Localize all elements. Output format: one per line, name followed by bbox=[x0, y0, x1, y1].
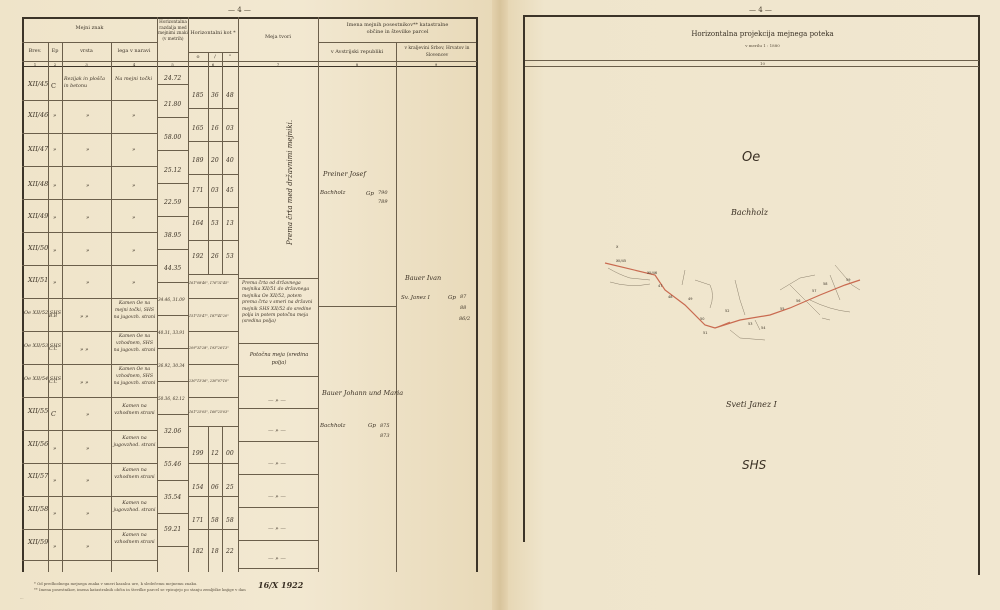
svg-text:50: 50 bbox=[700, 317, 704, 321]
svg-text:48: 48 bbox=[668, 295, 672, 299]
page-number-left: — 4 — bbox=[228, 6, 251, 14]
country-label-shs: SHS bbox=[742, 458, 766, 472]
header-col2: Ep bbox=[48, 48, 62, 55]
header-owners: Imena mejnih posestnikov** katastralne o… bbox=[340, 22, 455, 36]
boundary-note-3: Potočna meja (sredina polja) bbox=[244, 352, 314, 367]
header-col4: lega v naravi bbox=[111, 48, 157, 55]
svg-text:XII/45: XII/45 bbox=[616, 259, 626, 263]
header-seconds: " bbox=[222, 54, 238, 61]
svg-text:55: 55 bbox=[780, 307, 784, 311]
book-gutter bbox=[492, 0, 508, 610]
footnote-1: * Od predhodnega mejnega znaka v smeri k… bbox=[34, 581, 197, 586]
svg-text:XII/46: XII/46 bbox=[647, 271, 657, 275]
map-column-index: 10 bbox=[515, 61, 1000, 66]
boundary-note-2: Prema črta od državnega mejnika XII/51 d… bbox=[242, 281, 316, 326]
header-austria: v Avstrijski republiki bbox=[318, 49, 396, 56]
svg-text:58: 58 bbox=[823, 282, 827, 286]
header-shs: v kraljevini Srbov, Hrvatov in Slovencev bbox=[398, 45, 476, 59]
header-horizontal-angle: Horizontalni kot * bbox=[188, 30, 238, 37]
svg-text:51: 51 bbox=[703, 331, 707, 335]
header-boundary-sign: Mejni znak bbox=[22, 25, 157, 32]
svg-text:52: 52 bbox=[725, 309, 729, 313]
svg-text:47: 47 bbox=[658, 284, 662, 288]
svg-text:54: 54 bbox=[761, 326, 766, 330]
map-left-edge bbox=[523, 60, 525, 542]
map-scale: v merilu 1 : 1880 bbox=[515, 43, 1000, 48]
header-col5: Horizontalna razdalja med mejnimi znaki … bbox=[158, 19, 188, 41]
cadastre-label-bachholz: Bachholz bbox=[731, 208, 768, 217]
svg-text:59: 59 bbox=[846, 278, 850, 282]
header-boundary-forms: Meja tvori bbox=[238, 34, 318, 41]
svg-text:X: X bbox=[616, 245, 619, 249]
country-label-austria: Oe bbox=[742, 150, 760, 165]
svg-text:53: 53 bbox=[748, 322, 752, 326]
footnote-2: ** Imena posestnikov, imena katastralnih… bbox=[34, 587, 246, 592]
header-minutes: / bbox=[208, 54, 222, 61]
boundary-note-vertical: Prema črta med državnimi mejniki. bbox=[286, 85, 294, 245]
page-number-right: — 4 — bbox=[749, 6, 772, 14]
svg-text:49: 49 bbox=[688, 297, 692, 301]
boundary-map-drawing: XII/45 XII/46 47 48 49 50 51 52 53 54 55… bbox=[590, 230, 870, 350]
svg-text:56: 56 bbox=[796, 299, 800, 303]
header-col3: vrsta bbox=[62, 48, 111, 55]
date-stamp: 16/X 1922 bbox=[258, 580, 303, 590]
svg-text:57: 57 bbox=[812, 289, 816, 293]
map-title: Horizontalna projekcija mejnega poteka bbox=[515, 30, 1000, 38]
header-col1: Brev. bbox=[22, 48, 48, 55]
corner-mark: ... bbox=[20, 595, 24, 600]
header-degrees: o bbox=[188, 54, 208, 61]
cadastre-label-sveti-janez: Sveti Janez I bbox=[726, 400, 777, 409]
